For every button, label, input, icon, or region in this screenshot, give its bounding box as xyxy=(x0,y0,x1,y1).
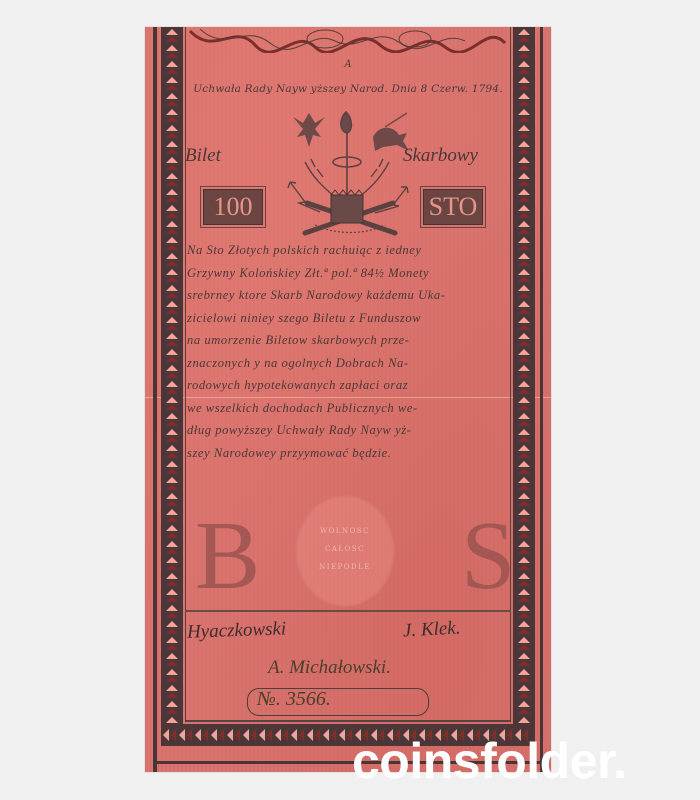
body-line: Na Sto Złotych polskich rachuiąc z iedne… xyxy=(187,239,511,262)
seal-text: NIEPODLE xyxy=(295,563,395,571)
border-band-left xyxy=(161,27,183,746)
body-line: zicielowi niniey szego Biletu z Funduszo… xyxy=(187,307,511,330)
body-line: dług powyższey Uchwały Rady Nayw yż- xyxy=(187,419,511,442)
signature-center: A. Michałowski. xyxy=(268,657,391,679)
frame-line-right xyxy=(540,27,543,772)
body-line: szey Narodowey przyymować będzie. xyxy=(187,442,511,465)
body-text: Na Sto Złotych polskich rachuiąc z iedne… xyxy=(187,239,511,464)
large-letter-s: S xyxy=(461,507,516,605)
body-line: we wszelkich dochodach Publicznych we- xyxy=(187,397,511,420)
body-line: rodowych hypotekowanych zapłaci oraz xyxy=(187,374,511,397)
series-letter: A xyxy=(145,59,551,70)
signature-divider xyxy=(185,610,511,612)
frame-line-left xyxy=(153,27,157,772)
eagle-icon xyxy=(293,113,325,147)
resolution-line: Uchwała Rady Nayw yższey Narod. Dnia 8 C… xyxy=(187,83,509,95)
title-bilet: Bilet xyxy=(185,145,221,167)
signature-right: J. Klek. xyxy=(402,618,461,643)
embossed-seal: WOLNOSC CAŁOSC NIEPODLE xyxy=(295,495,395,607)
serial-number: №. 3566. xyxy=(257,688,331,711)
border-band-right xyxy=(513,27,535,746)
body-line: znaczonych y na ogolnych Dobrach Na- xyxy=(187,352,511,375)
liberty-cap-icon xyxy=(333,112,361,203)
body-line: na umorzenie Biletow skarbowych prze- xyxy=(187,329,511,352)
knight-icon xyxy=(373,113,409,151)
watermark-logo: coinsfolder. xyxy=(352,733,627,789)
seal-text: WOLNOSC xyxy=(295,527,395,535)
body-line: srebrney ktore Skarb Narodowy każdemu Uk… xyxy=(187,284,511,307)
coat-of-arms-emblem xyxy=(275,107,425,237)
seal-text: CAŁOSC xyxy=(295,545,395,553)
denomination-numeral: 100 xyxy=(203,189,263,225)
signature-left: Hyaczkowski xyxy=(187,618,287,643)
body-line: Grzywny Kolońskiey Złt.ª pol.ª 84½ Monet… xyxy=(187,262,511,285)
denomination-word: STO xyxy=(423,189,483,225)
top-flourish xyxy=(185,27,511,53)
banknote: A Uchwała Rady Nayw yższey Narod. Dnia 8… xyxy=(145,27,551,772)
large-letter-b: B xyxy=(195,507,260,605)
